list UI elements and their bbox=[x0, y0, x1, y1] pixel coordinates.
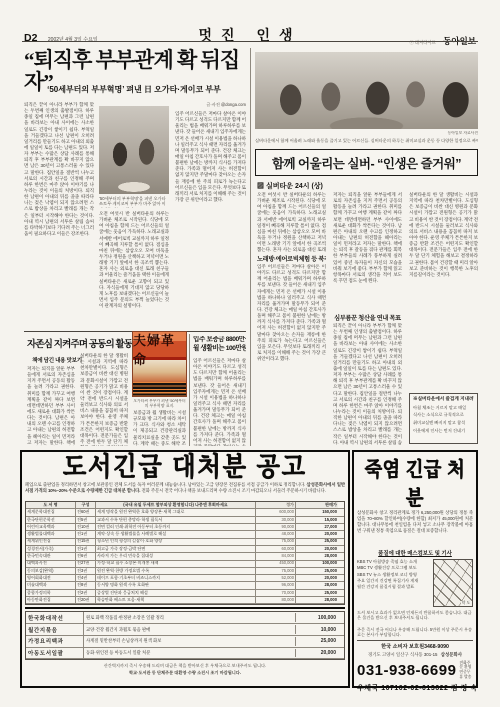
cost-heading-line1: 입주 보증금 8800만~5억 bbox=[193, 336, 246, 345]
cell-lot-price: 25,000 bbox=[296, 637, 338, 646]
book-table-row: 한국민속대관 전6권 사라져 가는 우리 민속을 집대성 84,000 28,0… bbox=[26, 553, 344, 560]
cell-book-listprice: 75,000 bbox=[256, 568, 296, 574]
directions-map: 약 도 bbox=[433, 559, 473, 607]
cell-book-desc: 증상별 진단과 응급처치 해설 bbox=[96, 590, 256, 596]
cell-book-saleprice: 20,000 bbox=[296, 575, 338, 581]
th-list: 정가 bbox=[256, 502, 296, 508]
book-table-row: 세계문학대전집 전60권 세계 명작을 원전 완역한 호화 양장본·새책 그대로… bbox=[26, 509, 344, 516]
book-bottom-row: 가정요리백과 사계절 밑반찬부터 손님상까지 원색 화보 25,000 bbox=[26, 636, 344, 648]
cell-lot-price: 20,000 bbox=[296, 649, 338, 658]
cell-book-listprice: 75,000 bbox=[256, 539, 296, 545]
pride-column-1: 저자는 퇴직을 앞둔 부부들에게 서로의 자존심을 지켜 주면서 공동의 활동을… bbox=[27, 366, 75, 446]
cell-book-volumes: 전15권 bbox=[76, 539, 96, 545]
cell-book-name: 성경전서(가죽) bbox=[26, 546, 76, 552]
book-table-row: 아동만화전집 전20권 학습만화 베스트 모음·새책 80,000 28,000 bbox=[26, 597, 344, 604]
cell-lot-label: 한국화대작선 bbox=[26, 612, 84, 623]
lead-column-1: 퇴직은 끝이 아니라 부부가 함께 맞는 두번째 인생의 출발점이다. 하루 종… bbox=[24, 102, 94, 328]
cell-book-desc: 테이프 포함·기초부터 비즈니스까지 bbox=[96, 575, 256, 581]
cell-book-saleprice: 20,000 bbox=[296, 531, 338, 537]
sidebar-tip-text: 아침 체조는 거르지 말고 매일 bbox=[413, 405, 466, 410]
cell-book-desc: 전면 컬러 인쇄·취학전 아동부터 초등까지 bbox=[96, 524, 256, 530]
salt-press-item-text: SBS TV 뉴스 생활정보 코너 방영 bbox=[357, 572, 417, 577]
kicker-label: 실버타운 24시 (상) bbox=[266, 183, 323, 190]
cell-lot-label: 가정요리백과 bbox=[26, 636, 84, 647]
th-name: 도 서 명 bbox=[26, 502, 76, 508]
salt-ad-body-2: 대나무통에 천일염을 다져 넣고 소나무 장작불에 아홉번 구워낸 정통 죽염으… bbox=[357, 522, 473, 533]
postal-account: 우체국 107102-02-013622 김 정 숙 bbox=[357, 683, 473, 693]
book-cover-title: 夫婦革命 bbox=[133, 330, 186, 368]
cell-lot-label: 월간지묶음 bbox=[26, 624, 84, 635]
book-table-row: 대백과사전 전27권 가정·학교 필수 소장본·미개봉 새책 450,000 1… bbox=[26, 561, 344, 568]
pride-column-3: 보증금과 월 생활비는 시설 규모와 방 크기에 따라 차이가 크다. 식사와 … bbox=[133, 410, 186, 446]
phone-number: 031-938-6699 bbox=[357, 662, 456, 679]
cell-book-volumes: 전60권 bbox=[76, 509, 96, 515]
couple-photo bbox=[99, 106, 169, 194]
phone-notes: 전화주문 환영 연중무휴 발송 bbox=[459, 661, 473, 681]
cell-book-desc: 교과서 수록 단편 총망라·학생 필독서 bbox=[96, 517, 256, 523]
cell-book-listprice: 450,000 bbox=[256, 561, 296, 567]
cell-book-listprice: 52,000 bbox=[256, 575, 296, 581]
book-cover-title-area: 夫婦革命 bbox=[133, 341, 186, 357]
cell-book-saleprice: 15,000 bbox=[296, 517, 338, 523]
book-ad-bottom-table: 한국화대작선 원로 화백 작품집·한정판 소장본 일괄 정리 100,000 월… bbox=[25, 611, 345, 660]
cell-book-saleprice: 25,000 bbox=[296, 539, 338, 545]
cell-book-name: 아동만화전집 bbox=[26, 597, 76, 603]
cost-column-body: 입주 어르신들은 저마다 살아온 이야기도 다르고 성격도 다르지만 함께 어울… bbox=[193, 358, 246, 446]
cell-book-name: 세계위인전집 bbox=[26, 539, 76, 545]
sidebar-tips: 아침 체조는 거르지 말고 매일식사는 소식으로 규칙적으로취미교실엔 빠지지 … bbox=[413, 404, 474, 436]
book-cover: 50歳からの 夫婦革命 bbox=[133, 332, 186, 396]
salt-guarantee-1: 드셔 보시고 효과가 없으면 언제든지 반품하셔도 좋습니다. 대금은 물건을 … bbox=[357, 610, 473, 627]
cell-lot-desc: 사계절 밑반찬부터 손님상까지 원색 화보 bbox=[84, 637, 296, 646]
book-table-row: 어린이교육백과 전10권 전면 컬러 인쇄·취학전 아동부터 초등까지 90,0… bbox=[26, 524, 344, 531]
book-cover-caption: 오가타씨 부부가 펴낸 ‘50세부터의 부부혁명’ 표지. bbox=[133, 399, 186, 409]
book-bottom-row: 한국화대작선 원로 화백 작품집·한정판 소장본 일괄 정리 100,000 bbox=[26, 612, 344, 624]
cell-book-name: 종합가정의학 bbox=[26, 590, 76, 596]
sidebar-tip-text: 취미교실엔 빠지지 말고 참석 bbox=[413, 420, 465, 425]
book-table-header: 도 서 명 구성 (국내 유일 두세트 할부외상 환영합니다) 나중엔 후회마세… bbox=[26, 502, 344, 509]
cell-book-desc: 원전 완역·한방 가정요법 수록 bbox=[96, 568, 256, 574]
book-table-body: 세계문학대전집 전60권 세계 명작을 원전 완역한 호화 양장본·새책 그대로… bbox=[26, 509, 344, 604]
masthead-right: ⓒ 레저라이프 동아일보 bbox=[409, 31, 476, 49]
salt-press-item-text: MBC TV 생활건강 프로그램 보도 bbox=[357, 565, 417, 570]
company-address: 경기도 고양시 일산구 식사동 301-15 bbox=[368, 652, 437, 657]
cost-heading-line2: 월 생활비는 100만원 안팎 bbox=[193, 345, 246, 354]
cell-book-name: 미술대백과 bbox=[26, 582, 76, 588]
cell-book-saleprice: 28,000 bbox=[296, 597, 338, 603]
cell-book-name: 세계문학대전집 bbox=[26, 509, 76, 515]
book-table-row: 미술대백과 전8권 동서양 명화 원색 수록 호화판 96,000 28,000 bbox=[26, 582, 344, 589]
silver-col2-top: 저자는 퇴직을 앞둔 부부들에게 서로의 자존심을 지켜 주면서 공동의 활동을… bbox=[333, 192, 402, 311]
th-price: 판매가 bbox=[296, 502, 338, 508]
pride-subhead: 책에 담긴 내용 맛보기 bbox=[27, 356, 87, 364]
consumer-protection-line: 한국 소비자 보호원3468-9090 bbox=[357, 643, 473, 650]
cell-book-listprice: 96,000 bbox=[256, 582, 296, 588]
cell-book-saleprice: 20,000 bbox=[296, 546, 338, 552]
book-table-row: 종합가정의학 전2권 증상별 진단과 응급처치 해설 70,000 25,000 bbox=[26, 590, 344, 597]
cell-lot-desc: 원로 화백 작품집·한정판 소장본 일괄 정리 bbox=[84, 613, 296, 622]
cell-book-saleprice: 28,000 bbox=[296, 582, 338, 588]
salt-ad-title: 죽염 긴급 처분 bbox=[357, 454, 473, 511]
silver-col1-top: 오전 여섯시 반 실버타운의 하루는 가벼운 체조로 시작된다. 식당에 모여 … bbox=[257, 192, 326, 252]
lead-subhead: ‘50세부터의 부부혁명’ 펴낸 日 오가타·게이코 부부 bbox=[26, 84, 242, 95]
book-ad-intro-1: 폐업으로 출판업을 정리하면서 창고에 보관중인 전체 도서를 독자 여러분께 … bbox=[25, 482, 306, 487]
cell-lot-price: 10,000 bbox=[296, 625, 338, 634]
cell-lot-label: 아동도서일괄 bbox=[26, 648, 84, 659]
sidebar-tip-text: 식사는 소식으로 규칙적으로 bbox=[413, 412, 464, 417]
sidebar-title: ※실버타운에서 즐겁게 지내려면 bbox=[413, 396, 474, 402]
cell-book-listprice: 90,000 bbox=[256, 524, 296, 530]
cell-book-volumes: 전20권 bbox=[76, 597, 96, 603]
silver-col1-bottom: 입주 어르신들은 저마다 살아온 이야기도 다르고 성격도 다르지만 함께 어울… bbox=[257, 264, 326, 445]
book-bottom-row: 아동도서일괄 동화·위인전 등 아동도서 일괄 처분 20,000 bbox=[26, 648, 344, 660]
cell-book-saleprice: 27,000 bbox=[296, 524, 338, 530]
book-table-row: 동의보감(완역) 전3권 원전 완역·한방 가정요법 수록 75,000 25,… bbox=[26, 568, 344, 575]
salt-press-list: KBS TV 아침방송 죽염 효능 소개MBC TV 생활건강 프로그램 보도S… bbox=[357, 559, 431, 607]
cell-book-name: 한국단편문학선 bbox=[26, 517, 76, 523]
newspaper-page: D2 2002년 4월 3일 수요일 멋진 인생 ⓒ 레저라이프 동아일보 “퇴… bbox=[0, 0, 500, 707]
pride-headline: 자존심 지켜주며 공동의 활동을 bbox=[27, 336, 147, 350]
salt-press-area: KBS TV 아침방송 죽염 효능 소개MBC TV 생활건강 프로그램 보도S… bbox=[357, 559, 473, 607]
th-vol: 구성 bbox=[76, 502, 96, 508]
silver-sidebar-box: ※실버타운에서 즐겁게 지내려면 아침 체조는 거르지 말고 매일식사는 소식으… bbox=[409, 393, 478, 444]
book-ad-table: 도 서 명 구성 (국내 유일 두세트 할부외상 환영합니다) 나중엔 후회마세… bbox=[25, 501, 345, 605]
book-ad-thick-rule bbox=[25, 607, 345, 609]
book-table-row: 성경전서(가죽) 전1권 최고급 가죽 장정·금박 단면 60,000 20,0… bbox=[26, 546, 344, 553]
cell-book-volumes: 전27권 bbox=[76, 561, 96, 567]
address-line: 경기도 고양시 일산구 식사동 301-15 삼성문화사 bbox=[357, 652, 473, 658]
cell-book-desc: 학습만화 베스트 모음·새책 bbox=[96, 597, 256, 603]
book-table-row: 생활법률대백과 전1권 계약·상속 등 생활법률을 사례별로 해설 48,000… bbox=[26, 531, 344, 538]
phone-row: 031-938-6699 전화주문 환영 연중무휴 발송 bbox=[357, 661, 473, 681]
half-page-divider bbox=[250, 48, 251, 446]
book-ad-note-1: 산간벽지까지 즉시 우송해 드리며 대금은 책을 받아보신 후 우체국으로 보내… bbox=[25, 663, 345, 668]
cell-book-volumes: 전3권 bbox=[76, 568, 96, 574]
phone-note-1: 전화주문 환영 bbox=[459, 661, 473, 671]
lead-column-3: 입주 어르신들은 저마다 살아온 이야기도 다르고 성격도 다르지만 함께 어울… bbox=[175, 111, 246, 328]
cell-book-saleprice: 25,000 bbox=[296, 590, 338, 596]
book-ad-intro: 폐업으로 출판업을 정리하면서 창고에 보관중인 전체 도서를 독자 여러분께 … bbox=[25, 482, 345, 499]
silver-photo bbox=[255, 52, 478, 129]
silver-kicker: ▨ 실버타운 24시 (상) bbox=[257, 181, 367, 191]
cell-book-name: 동의보감(완역) bbox=[26, 568, 76, 574]
salt-guarantee-2: 주문 즉시 전국 어디나 우송해 드립니다. 5만원 이상 주문시 우송료는 본… bbox=[357, 627, 473, 641]
silver-headline-box: 함께 어울리는 실버- “인생은 즐거워” bbox=[255, 149, 478, 176]
kicker-icon: ▨ bbox=[257, 183, 264, 190]
book-ad: 도서긴급 대처분 공고 폐업으로 출판업을 정리하면서 창고에 보관중인 전체 … bbox=[20, 450, 350, 688]
cell-book-desc: 가정·학교 필수 소장본·미개봉 새책 bbox=[96, 561, 256, 567]
cell-book-desc: 최고급 가죽 장정·금박 단면 bbox=[96, 546, 256, 552]
lead-byline: 글·사진 @donga.com bbox=[175, 102, 246, 109]
silver-col2-bottom: 퇴직은 끝이 아니라 부부가 함께 맞는 두번째 인생의 출발점이다. 하루 종… bbox=[333, 323, 402, 445]
cell-book-volumes: 전10권 bbox=[76, 524, 96, 530]
salt-ad: 죽염 긴급 처분 삼성문화사 창고 정리관계로 정가 6,250,000원 상당… bbox=[352, 450, 478, 688]
book-table-row: 세계위인전집 전15권 청소년 인격 형성의 길잡이·호화 양장 75,000 … bbox=[26, 539, 344, 546]
sidebar-tip: 취미교실엔 빠지지 말고 참석 bbox=[413, 419, 474, 427]
silver-col3: 실버타운의 한 달 생활비는 시설과 지역에 따라 천차만별이다. 도심형은 보… bbox=[409, 192, 478, 391]
salt-press-item-text: 주요 일간지 건강면 특집기사 게재 bbox=[357, 578, 418, 583]
book-cover-footer bbox=[133, 382, 186, 396]
cell-book-volumes: 전4권 bbox=[76, 575, 96, 581]
cell-book-name: 생활법률대백과 bbox=[26, 531, 76, 537]
sidebar-tip-text: 이웃에게 인사는 먼저 건네기 bbox=[413, 428, 465, 433]
book-bottom-row: 월간지묶음 교양·건강 월간지 과월호 묶음 판매 10,000 bbox=[26, 624, 344, 636]
th-desc: (국내 유일 두세트 할부외상 환영합니다) 나중엔 후회마세요 bbox=[96, 502, 256, 508]
cell-book-name: 어린이교육백과 bbox=[26, 524, 76, 530]
cell-book-listprice: 80,000 bbox=[256, 597, 296, 603]
sidebar-tip: 이웃에게 인사는 먼저 건네기 bbox=[413, 427, 474, 435]
cell-book-listprice: 70,000 bbox=[256, 590, 296, 596]
silver-photo-caption: 실버타운에서 함께 어울려 노래와 율동을 즐기고 있는 어르신들. 실버타운의… bbox=[255, 138, 478, 147]
cell-book-volumes: 전1권 bbox=[76, 531, 96, 537]
book-ad-intro-3: 전화 주문시 전국 어디나 책을 보내드리며 수량 소진시 조기 마감되오니 서… bbox=[142, 488, 326, 493]
cell-book-name: 대백과사전 bbox=[26, 561, 76, 567]
sidebar-tip: 아침 체조는 거르지 말고 매일 bbox=[413, 404, 474, 412]
cell-book-saleprice: 25,000 bbox=[296, 568, 338, 574]
salt-ad-body: 삼성문화사 창고 정리관계로 정가 6,250,000원 상당의 정통 죽염을 … bbox=[357, 510, 473, 547]
cell-book-volumes: 전1권 bbox=[76, 546, 96, 552]
cell-book-name: 영어회화대전 bbox=[26, 575, 76, 581]
silver-subhead-1: 노래방·에어로빅체험 등 북적 bbox=[257, 254, 326, 263]
cell-book-desc: 세계 명작을 원전 완역한 호화 양장본·새책 그대로 bbox=[96, 509, 256, 515]
book-ad-title: 도서긴급 대처분 공고 bbox=[25, 454, 345, 481]
cell-book-desc: 청소년 인격 형성의 길잡이·호화 양장 bbox=[96, 539, 256, 545]
couple-photo-caption: ‘50세부터의 부부혁명’을 펴낸 오가타 쓰토무·게이코씨 부부가 마주 앉아… bbox=[99, 196, 169, 208]
cell-lot-desc: 교양·건강 월간지 과월호 묶음 판매 bbox=[84, 625, 296, 634]
salt-press-heading: 품질에 대한 매스컴보도 및 기사 bbox=[357, 549, 473, 557]
cell-book-listprice: 600,000 bbox=[256, 509, 296, 515]
map-label: 약 도 bbox=[461, 601, 471, 606]
pride-column-2: 실버타운의 한 달 생활비는 시설과 지역에 따라 천차만별이다. 도심형은 보… bbox=[80, 353, 128, 446]
sidebar-tip: 식사는 소식으로 규칙적으로 bbox=[413, 411, 474, 419]
cell-book-desc: 계약·상속 등 생활법률을 사례별로 해설 bbox=[96, 531, 256, 537]
pride-vertical-rule bbox=[189, 334, 190, 446]
lead-column-2: 오전 여섯시 반 실버타운의 하루는 가벼운 체조로 시작된다. 식당에 모여 … bbox=[99, 211, 169, 328]
cell-book-volumes: 전6권 bbox=[76, 553, 96, 559]
salt-press-item: 월간 건강지 품질시험 결과 발표 bbox=[357, 584, 431, 590]
cell-book-desc: 동서양 명화 원색 수록 호화판 bbox=[96, 582, 256, 588]
cell-book-volumes: 전5권 bbox=[76, 517, 96, 523]
cell-lot-price: 100,000 bbox=[296, 613, 338, 622]
salt-press-item-text: KBS TV 아침방송 죽염 효능 소개 bbox=[357, 559, 417, 564]
cell-book-saleprice: 28,000 bbox=[296, 553, 338, 559]
masthead-rule bbox=[22, 41, 478, 42]
cell-book-listprice: 84,000 bbox=[256, 553, 296, 559]
cell-book-volumes: 전2권 bbox=[76, 590, 96, 596]
cell-book-listprice: 30,000 bbox=[256, 517, 296, 523]
cell-book-desc: 사라져 가는 우리 민속을 집대성 bbox=[96, 553, 256, 559]
company-name: 삼성문화사 bbox=[441, 652, 462, 657]
cell-lot-desc: 동화·위인전 등 아동도서 일괄 처분 bbox=[84, 649, 296, 658]
book-table-row: 한국단편문학선 전5권 교과서 수록 단편 총망라·학생 필독서 30,000 … bbox=[26, 517, 344, 524]
silver-subhead-2: 심부름꾼 청산을 연내 목표 bbox=[333, 313, 402, 322]
salt-press-item-text: 월간 건강지 품질시험 결과 발표 bbox=[357, 584, 414, 589]
book-ad-note-2: 학교·도서관 등 단체주문 대환영·수량 소진시 조기 마감됩니다. bbox=[25, 670, 345, 675]
cell-book-listprice: 48,000 bbox=[256, 531, 296, 537]
cell-book-name: 한국민속대관 bbox=[26, 553, 76, 559]
silver-headline: 함께 어울리는 실버- “인생은 즐거워” bbox=[272, 154, 461, 172]
phone-note-2: 연중무휴 발송 bbox=[459, 670, 473, 680]
cost-heading: 입주 보증금 8800만~5억 월 생활비는 100만원 안팎 bbox=[193, 336, 246, 354]
cell-book-volumes: 전8권 bbox=[76, 582, 96, 588]
silver-photo-credit: 동아일보 자료사진 bbox=[380, 131, 478, 137]
book-table-row: 영어회화대전 전4권 테이프 포함·기초부터 비즈니스까지 52,000 20,… bbox=[26, 575, 344, 582]
cell-book-saleprice: 150,000 bbox=[296, 509, 338, 515]
cell-book-saleprice: 100,000 bbox=[296, 561, 338, 567]
cell-book-listprice: 60,000 bbox=[256, 546, 296, 552]
